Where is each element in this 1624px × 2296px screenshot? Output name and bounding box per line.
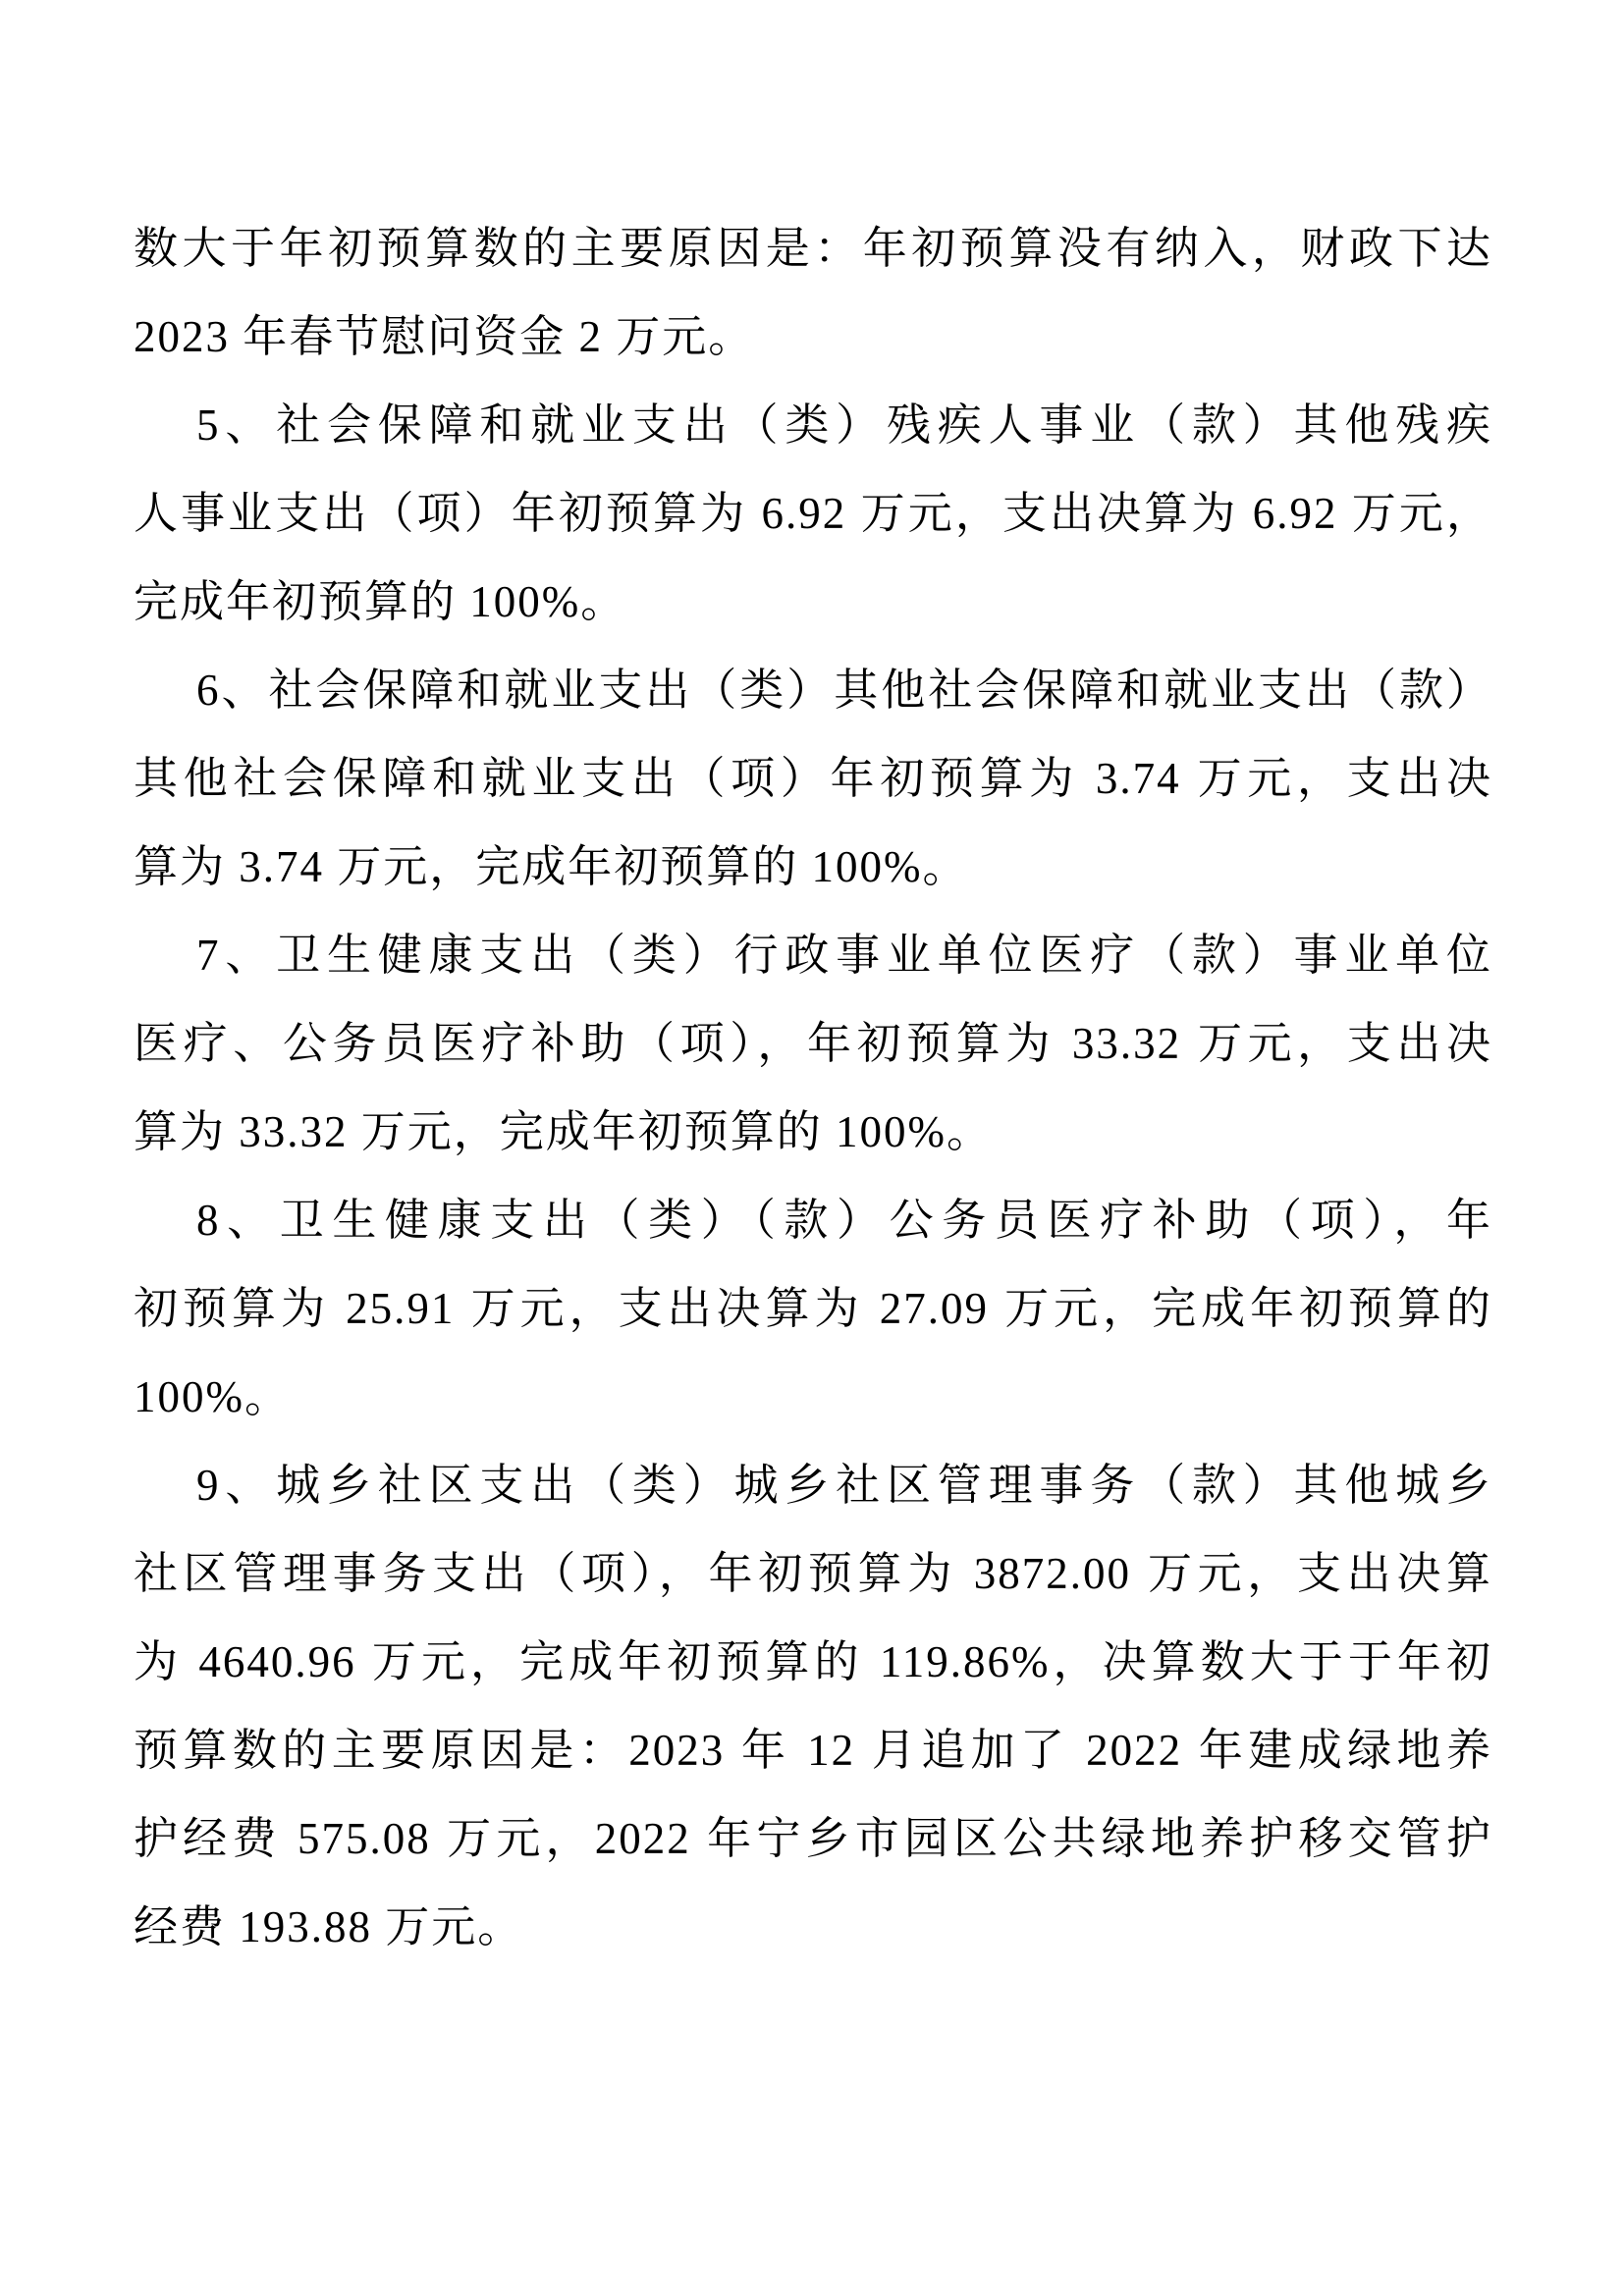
text-line: 6、社会保障和就业支出（类）其他社会保障和就业支出（款） bbox=[134, 646, 1492, 734]
text-line: 经费 193.88 万元。 bbox=[134, 1883, 1492, 1971]
paragraph-continuation: 数大于年初预算数的主要原因是：年初预算没有纳入，财政下达2023 年春节慰问资金… bbox=[134, 204, 1492, 381]
paragraph-item-8: 8、卫生健康支出（类）（款）公务员医疗补助（项），年初预算为 25.91 万元，… bbox=[134, 1176, 1492, 1441]
text-line: 初预算为 25.91 万元，支出决算为 27.09 万元，完成年初预算的 bbox=[134, 1264, 1492, 1353]
text-line: 完成年初预算的 100%。 bbox=[134, 558, 1492, 646]
paragraph-item-6: 6、社会保障和就业支出（类）其他社会保障和就业支出（款）其他社会保障和就业支出（… bbox=[134, 646, 1492, 911]
paragraph-item-5: 5、社会保障和就业支出（类）残疾人事业（款）其他残疾人事业支出（项）年初预算为 … bbox=[134, 381, 1492, 646]
text-line: 其他社会保障和就业支出（项）年初预算为 3.74 万元，支出决 bbox=[134, 734, 1492, 823]
text-line: 社区管理事务支出（项），年初预算为 3872.00 万元，支出决算 bbox=[134, 1529, 1492, 1618]
text-line: 9、城乡社区支出（类）城乡社区管理事务（款）其他城乡 bbox=[134, 1441, 1492, 1529]
text-line: 5、社会保障和就业支出（类）残疾人事业（款）其他残疾 bbox=[134, 381, 1492, 469]
text-line: 预算数的主要原因是：2023 年 12 月追加了 2022 年建成绿地养 bbox=[134, 1706, 1492, 1794]
text-line: 算为 33.32 万元，完成年初预算的 100%。 bbox=[134, 1088, 1492, 1176]
paragraph-item-7: 7、卫生健康支出（类）行政事业单位医疗（款）事业单位医疗、公务员医疗补助（项），… bbox=[134, 911, 1492, 1176]
text-line: 人事业支出（项）年初预算为 6.92 万元，支出决算为 6.92 万元， bbox=[134, 469, 1492, 558]
paragraph-item-9: 9、城乡社区支出（类）城乡社区管理事务（款）其他城乡社区管理事务支出（项），年初… bbox=[134, 1441, 1492, 1971]
text-line: 算为 3.74 万元，完成年初预算的 100%。 bbox=[134, 823, 1492, 911]
text-line: 医疗、公务员医疗补助（项），年初预算为 33.32 万元，支出决 bbox=[134, 999, 1492, 1088]
text-line: 数大于年初预算数的主要原因是：年初预算没有纳入，财政下达 bbox=[134, 204, 1492, 293]
text-line: 8、卫生健康支出（类）（款）公务员医疗补助（项），年 bbox=[134, 1176, 1492, 1264]
text-line: 100%。 bbox=[134, 1353, 1492, 1441]
text-line: 为 4640.96 万元，完成年初预算的 119.86%，决算数大于于年初 bbox=[134, 1618, 1492, 1706]
document-page: 数大于年初预算数的主要原因是：年初预算没有纳入，财政下达2023 年春节慰问资金… bbox=[0, 0, 1624, 2296]
text-line: 护经费 575.08 万元，2022 年宁乡市园区公共绿地养护移交管护 bbox=[134, 1794, 1492, 1883]
text-line: 7、卫生健康支出（类）行政事业单位医疗（款）事业单位 bbox=[134, 911, 1492, 999]
text-line: 2023 年春节慰问资金 2 万元。 bbox=[134, 293, 1492, 381]
